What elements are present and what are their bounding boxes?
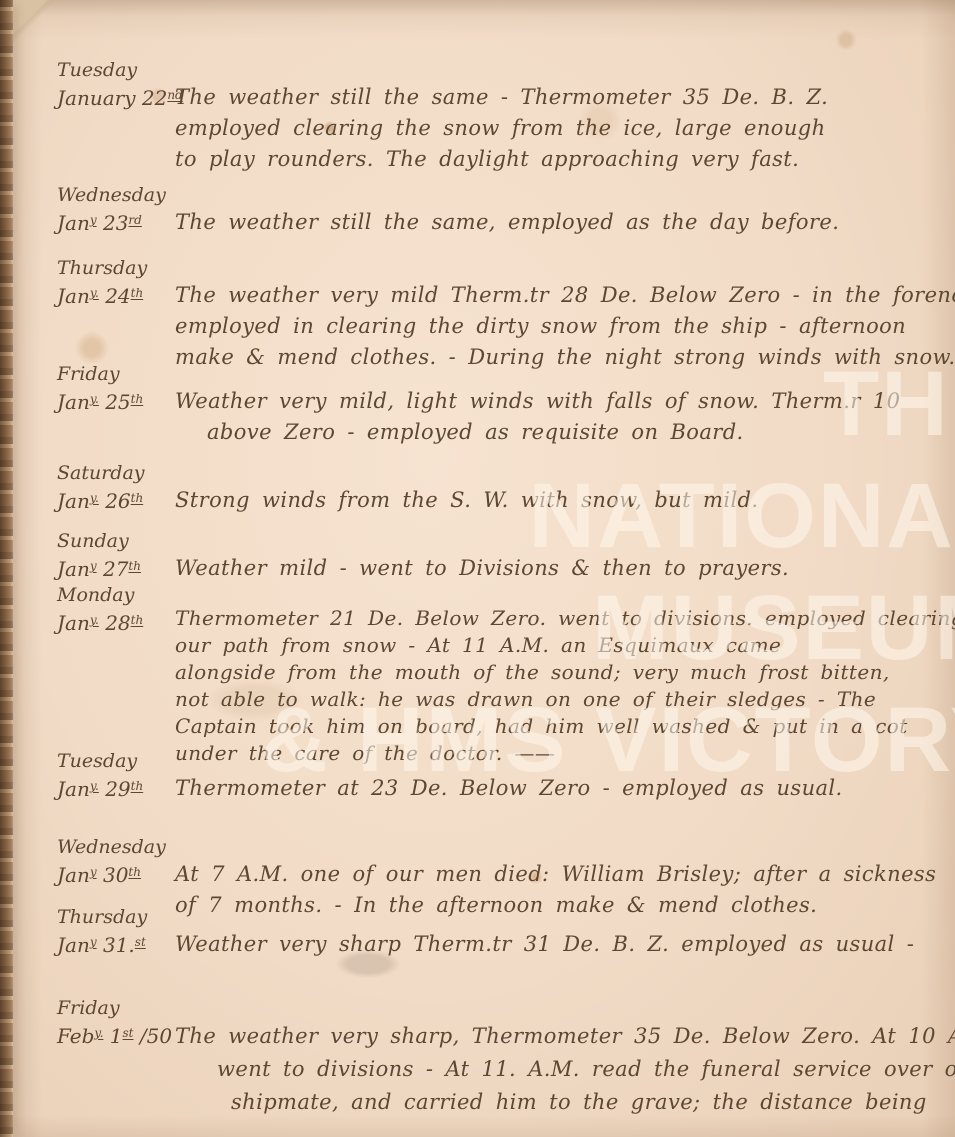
entry-day: Wednesday [57,183,175,208]
entry-line: The weather very mild Therm.tr 28 De. Be… [175,280,955,311]
date-ordinal: th [131,491,144,505]
entry-line: Weather mild - went to Divisions & then … [175,553,910,584]
entry-line: The weather still the same, employed as … [175,207,910,238]
date-ordinal: th [128,559,141,573]
journal-page: Tuesday January 22nd The weather still t… [0,0,955,1137]
entry-line: shipmate, and carried him to the grave; … [175,1086,955,1119]
entry-day: Friday [57,362,175,387]
journal-entry: Saturday Jany. 26th Strong winds from th… [0,461,955,516]
entry-line: our path from snow - At 11 A.M. an Esqui… [175,632,955,659]
entry-day: Friday [57,996,175,1021]
date-month: January [57,86,136,110]
entry-day: Tuesday [57,749,175,774]
date-number: 30 [103,863,128,887]
date-superscript: y. [90,286,99,300]
entry-date: Jany. 26th [57,486,175,514]
date-ordinal: th [131,779,144,793]
entry-line: to play rounders. The daylight approachi… [175,144,910,175]
date-number: 25 [105,390,130,414]
entry-date: Jany. 29th [57,774,175,802]
entry-line: employed clearing the snow from the ice,… [175,113,910,144]
date-month: Jan [57,557,90,581]
entry-date: Jany. 24th [57,281,175,309]
journal-entry: Friday Feby. 1st /50 The weather very sh… [0,996,955,1119]
entry-day: Monday [57,583,175,608]
entry-date: Jany. 28th [57,608,175,636]
date-number: 31. [103,933,135,957]
entry-line: Weather very mild, light winds with fall… [175,386,910,417]
entry-date-column: Saturday Jany. 26th [0,461,175,516]
entry-date-column: Friday Feby. 1st /50 [0,996,175,1119]
entry-text: Weather mild - went to Divisions & then … [175,529,955,584]
entry-date: Jany. 25th [57,387,175,415]
entry-text: The weather still the same, employed as … [175,183,955,238]
entry-line: alongside from the mouth of the sound; v… [175,659,955,686]
date-ordinal: st [123,1026,134,1040]
journal-entry: Monday Jany. 28th Thermometer 21 De. Bel… [0,583,955,767]
journal-entry: Tuesday Jany. 29th Thermometer at 23 De.… [0,749,955,804]
date-number: 28 [105,611,130,635]
entry-line: went to divisions - At 11. A.M. read the… [175,1053,955,1086]
entry-date: January 22nd [57,83,175,111]
entry-date-column: Thursday Jany. 24th [0,256,175,373]
entry-date: Jany 27th [57,554,175,582]
entry-day: Thursday [57,256,175,281]
entry-line: not able to walk: he was drawn on one of… [175,686,955,713]
entry-day: Thursday [57,905,175,930]
date-superscript: y. [94,1026,103,1040]
date-month: Jan [57,390,90,414]
entry-day: Saturday [57,461,175,486]
entry-text: Weather very sharp Therm.tr 31 De. B. Z.… [175,905,955,960]
date-number: 22 [142,86,167,110]
date-month: Jan [57,211,90,235]
date-superscript: y. [90,613,99,627]
entry-line: above Zero - employed as requisite on Bo… [175,417,910,448]
date-superscript: y [90,935,97,949]
date-number: 27 [103,557,128,581]
date-month: Feb [57,1024,94,1048]
date-superscript: y. [90,392,99,406]
entry-text: The weather still the same - Thermometer… [175,58,955,175]
date-month: Jan [57,777,90,801]
journal-entry: Thursday Jany 31.st Weather very sharp T… [0,905,955,960]
journal-entry: Tuesday January 22nd The weather still t… [0,58,955,175]
journal-entry: Wednesday Jany 23rd The weather still th… [0,183,955,238]
entry-text: Strong winds from the S. W. with snow, b… [175,461,955,516]
entry-line: Strong winds from the S. W. with snow, b… [175,485,910,516]
date-superscript: y [90,559,97,573]
date-ordinal: th [128,865,141,879]
date-ordinal: th [131,286,144,300]
date-number: 23 [103,211,128,235]
date-year-suffix: /50 [140,1024,172,1048]
date-month: Jan [57,611,90,635]
entry-line: Captain took him on board, had him well … [175,713,955,740]
date-month: Jan [57,863,90,887]
entry-date-column: Sunday Jany 27th [0,529,175,584]
entry-line: Weather very sharp Therm.tr 31 De. B. Z.… [175,929,914,960]
entry-date: Jany 30th [57,860,175,888]
journal-entry: Sunday Jany 27th Weather mild - went to … [0,529,955,584]
date-superscript: y [90,213,97,227]
entry-date-column: Wednesday Jany 23rd [0,183,175,238]
date-month: Jan [57,284,90,308]
entry-text: The weather very sharp, Thermometer 35 D… [175,996,955,1119]
journal-entries: Tuesday January 22nd The weather still t… [0,0,955,1137]
entry-date: Jany 31.st [57,930,175,958]
date-number: 29 [105,777,130,801]
entry-date: Jany 23rd [57,208,175,236]
date-month: Jan [57,933,90,957]
date-number: 1 [110,1024,123,1048]
entry-date: Feby. 1st /50 [57,1021,175,1049]
date-number: 24 [105,284,130,308]
entry-date-column: Tuesday Jany. 29th [0,749,175,804]
entry-date-column: Monday Jany. 28th [0,583,175,767]
journal-entry: Thursday Jany. 24th The weather very mil… [0,256,955,373]
entry-line: Thermometer 21 De. Below Zero. went to d… [175,605,955,632]
date-number: 26 [105,489,130,513]
entry-text: The weather very mild Therm.tr 28 De. Be… [175,256,955,373]
date-ordinal: th [131,392,144,406]
date-month: Jan [57,489,90,513]
entry-line: employed in clearing the dirty snow from… [175,311,955,342]
date-ordinal: th [131,613,144,627]
entry-text: Weather very mild, light winds with fall… [175,362,955,448]
entry-line: Thermometer at 23 De. Below Zero - emplo… [175,773,910,804]
entry-line: At 7 A.M. one of our men died: William B… [175,859,936,890]
entry-text: Thermometer 21 De. Below Zero. went to d… [175,583,955,767]
date-ordinal: rd [128,213,141,227]
date-superscript: y. [90,779,99,793]
entry-date-column: Friday Jany. 25th [0,362,175,448]
date-superscript: y. [90,491,99,505]
entry-day: Sunday [57,529,175,554]
entry-day: Tuesday [57,58,175,83]
entry-line: The weather very sharp, Thermometer 35 D… [175,1020,955,1053]
entry-line: The weather still the same - Thermometer… [175,82,910,113]
entry-date-column: Tuesday January 22nd [0,58,175,175]
entry-day: Wednesday [57,835,175,860]
entry-text: Thermometer at 23 De. Below Zero - emplo… [175,749,955,804]
entry-date-column: Thursday Jany 31.st [0,905,175,960]
date-ordinal: st [135,935,146,949]
date-superscript: y [90,865,97,879]
journal-entry: Friday Jany. 25th Weather very mild, lig… [0,362,955,448]
